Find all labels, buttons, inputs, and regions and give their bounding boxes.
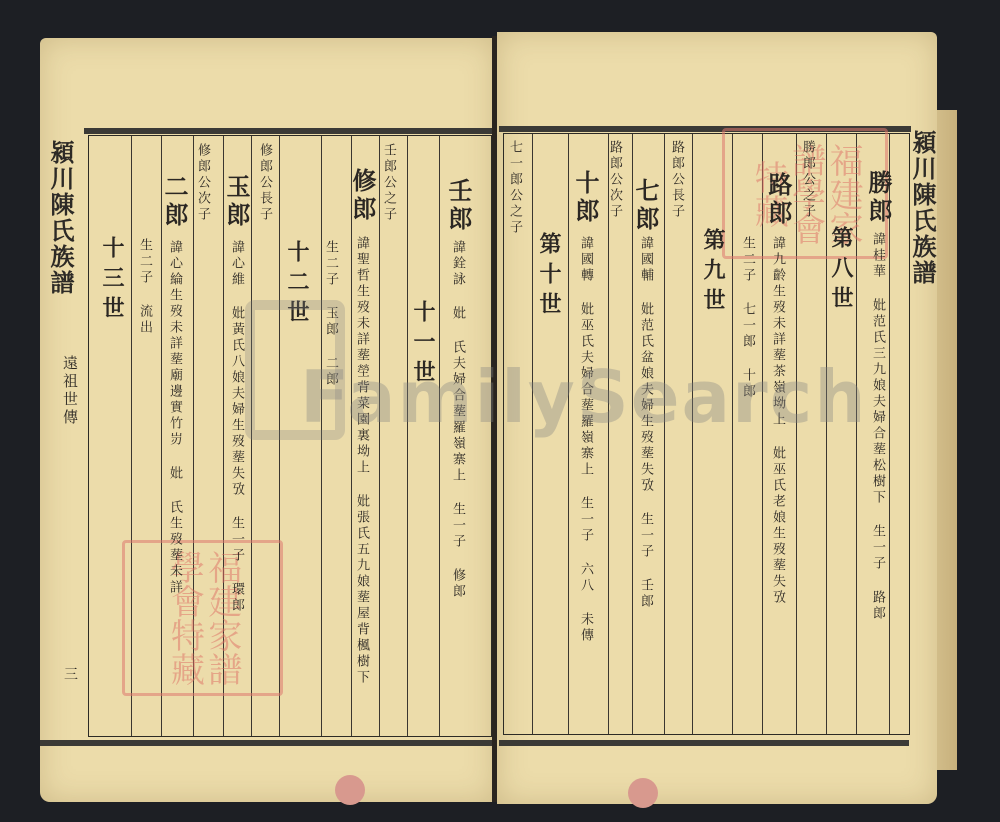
generation-13: 十三世: [101, 236, 123, 326]
erlang-details: 諱心綸生歿未詳塟廟邊實竹岃 妣 氏生歿塟未詳: [168, 240, 181, 596]
erlang-name: 二郎: [162, 174, 186, 230]
yulang-name: 玉郎: [224, 174, 248, 230]
yulang-parent: 修郎公長子: [258, 143, 271, 223]
shenglang-details: 諱桂華 妣范氏三九娘夫婦合塟松樹下 生一子 路郎: [871, 232, 884, 622]
shilang-details: 諱國轉 妣巫氏夫婦合塟羅嶺寨上 生一子 六八 未傳: [579, 236, 592, 644]
xiulang-name: 修郎: [350, 168, 374, 224]
qilang-parent: 路郎公長子: [670, 140, 683, 220]
generation-10: 第十世: [538, 232, 560, 322]
shenglang-name: 勝郎: [866, 170, 890, 226]
left-bottom-border: [40, 740, 492, 746]
yulang-details: 諱心維 妣黃氏八娘夫婦生歿塟失攷 生一子 環郎: [230, 240, 243, 614]
erlang-parent: 修郎公次子: [196, 143, 209, 223]
section-label: 遠祖世傳: [62, 355, 77, 427]
erlang-sons: 生二子 流出: [138, 238, 151, 336]
shilang-name: 十郎: [573, 170, 597, 226]
left-top-border: [84, 128, 492, 134]
xiulang-parent: 壬郎公之子: [382, 143, 395, 223]
page-number: 三: [64, 664, 78, 684]
left-spine-title: 潁川陳氏族譜: [48, 140, 72, 296]
paper-stain: [335, 775, 365, 805]
paper-stain: [628, 778, 658, 808]
library-seal-left: 福建家譜學會特藏: [122, 540, 283, 696]
generation-9: 第九世: [702, 228, 724, 318]
familysearch-watermark: FamilySearch: [300, 355, 868, 439]
renlang-name: 壬郎: [446, 178, 470, 234]
generation-8: 第八世: [830, 226, 852, 316]
lulang-name: 路郎: [766, 172, 790, 228]
qilang-name: 七郎: [633, 178, 657, 234]
qiyilang-note: 七一郎公之子: [508, 140, 521, 236]
right-spine-title: 潁川陳氏族譜: [910, 130, 934, 286]
shilang-parent: 路郎公次子: [608, 140, 621, 220]
xiulang-details: 諱聖哲生歿未詳塟塋背菜園裏坳上 妣張氏五九娘塟屋背楓樹下: [355, 236, 368, 686]
right-bottom-border: [499, 740, 909, 746]
lulang-parent: 勝郎公之子: [801, 140, 814, 220]
